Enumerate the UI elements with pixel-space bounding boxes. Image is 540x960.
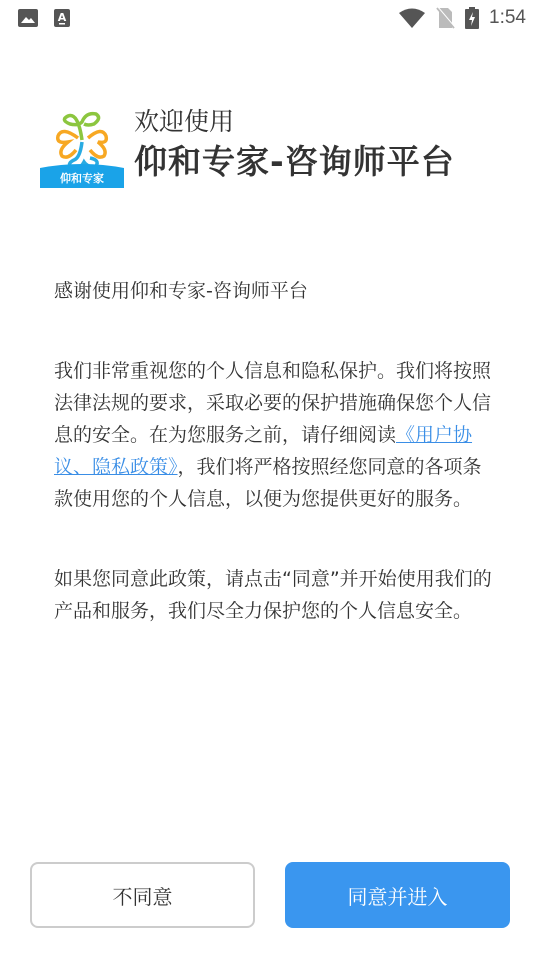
welcome-text: 欢迎使用	[134, 106, 455, 138]
status-bar: A 1:54	[0, 0, 540, 36]
no-sim-icon	[435, 7, 455, 29]
image-icon	[18, 9, 38, 27]
header: 仰和专家 欢迎使用 仰和专家-咨询师平台	[40, 102, 455, 188]
status-time: 1:54	[489, 7, 526, 29]
privacy-paragraph-2: 如果您同意此政策，请点击“同意”并开始使用我们的产品和服务，我们尽全力保护您的个…	[54, 563, 494, 627]
battery-charging-icon	[465, 7, 479, 29]
keyboard-a-icon: A	[54, 9, 70, 27]
privacy-paragraph-1: 我们非常重视您的个人信息和隐私保护。我们将按照法律法规的要求，采取必要的保护措施…	[54, 355, 494, 515]
wifi-icon	[399, 8, 425, 28]
disagree-button[interactable]: 不同意	[30, 862, 255, 928]
app-logo: 仰和专家	[40, 102, 124, 188]
button-row: 不同意 同意并进入	[30, 862, 510, 928]
logo-banner-text: 仰和专家	[40, 170, 124, 186]
app-title: 仰和专家-咨询师平台	[134, 140, 455, 184]
privacy-content: 感谢使用仰和专家-咨询师平台 我们非常重视您的个人信息和隐私保护。我们将按照法律…	[54, 275, 494, 675]
intro-text: 感谢使用仰和专家-咨询师平台	[54, 275, 494, 307]
svg-text:A: A	[58, 11, 67, 24]
agree-and-enter-button[interactable]: 同意并进入	[285, 862, 510, 928]
